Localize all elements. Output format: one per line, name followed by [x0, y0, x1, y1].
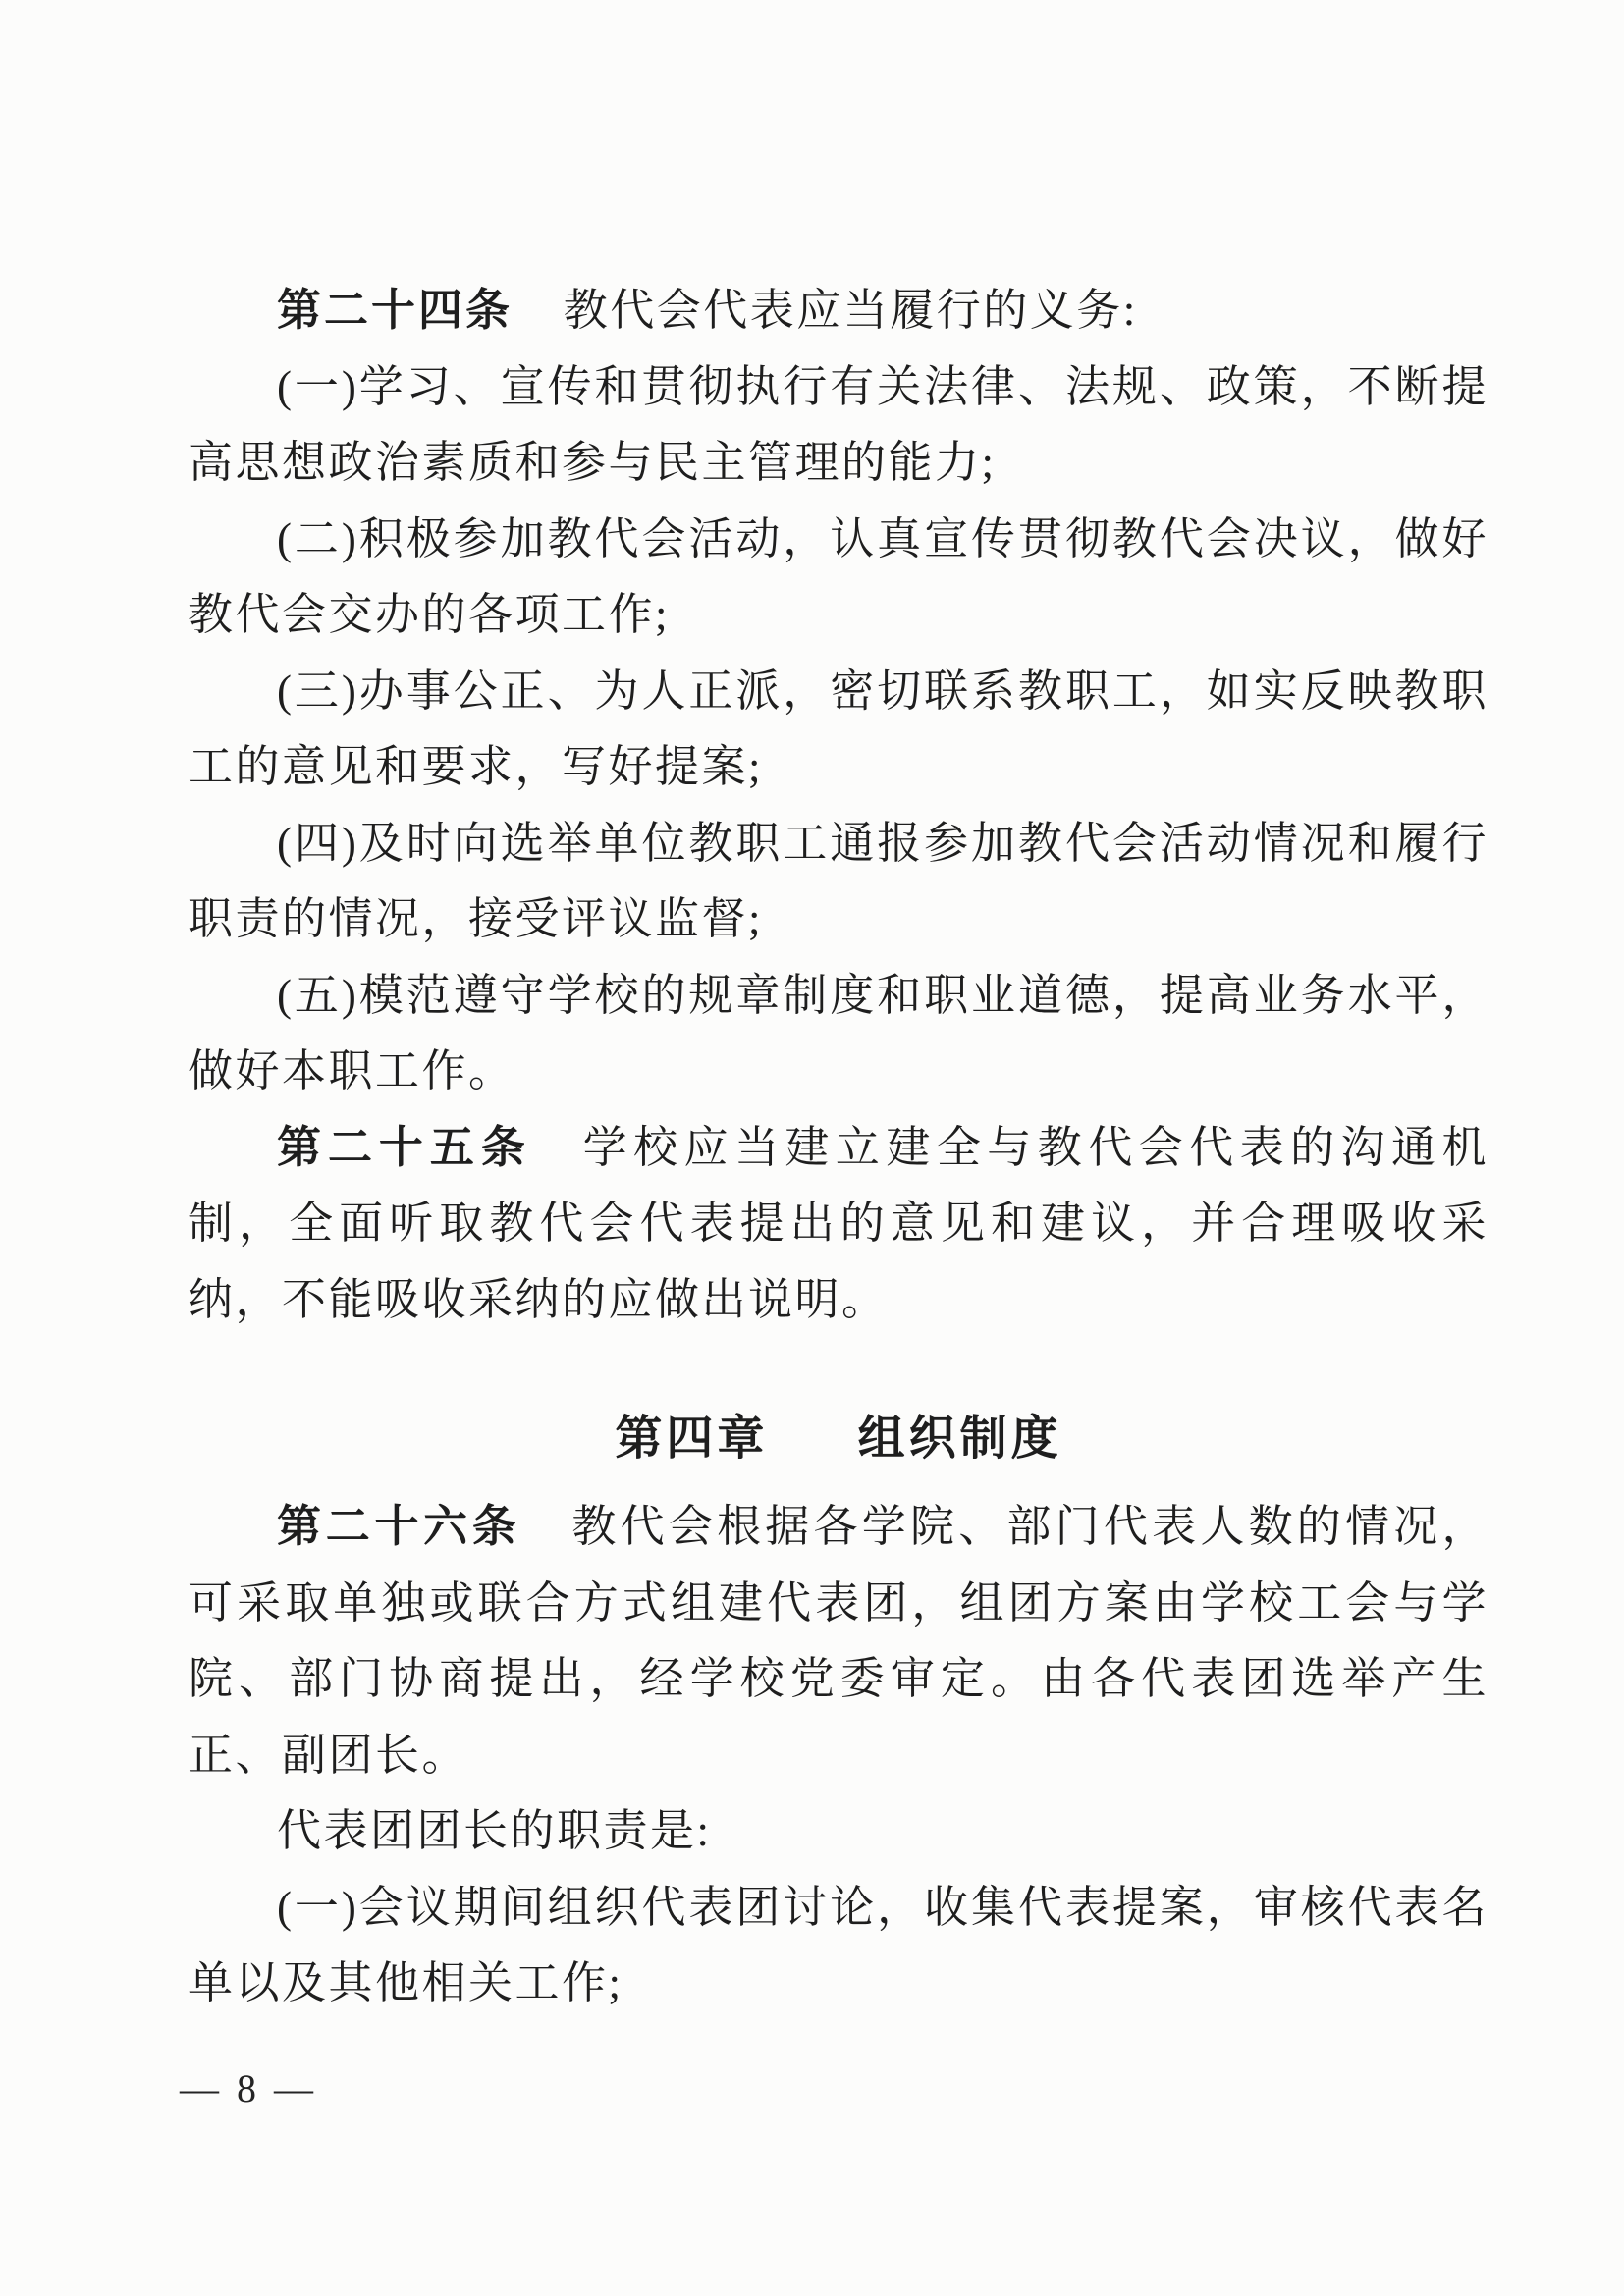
clause-paragraph: (五)模范遵守学校的规章制度和职业道德，提高业务水平，做好本职工作。	[189, 958, 1489, 1110]
clause-paragraph: 代表团团长的职责是:	[189, 1793, 1489, 1870]
clause-paragraph: (三)办事公正、为人正派，密切联系教职工，如实反映教职工的意见和要求，写好提案;	[189, 654, 1489, 806]
article-paragraph: 第二十四条教代会代表应当履行的义务:	[189, 273, 1489, 349]
article-paragraph: 第二十六条教代会根据各学院、部门代表人数的情况，可采取单独或联合方式组建代表团，…	[189, 1489, 1489, 1793]
article-number-label: 第二十五条	[277, 1123, 532, 1172]
document-page: 第二十四条教代会代表应当履行的义务:(一)学习、宣传和贯彻执行有关法律、法规、政…	[0, 0, 1624, 2296]
chapter-number: 第四章	[615, 1413, 768, 1465]
chapter-title: 组织制度	[858, 1413, 1062, 1465]
page-number: — 8 —	[180, 2059, 317, 2118]
article-number-label: 第二十六条	[277, 1502, 521, 1551]
clause-paragraph: (二)积极参加教代会活动，认真宣传贯彻教代会决议，做好教代会交办的各项工作;	[189, 502, 1489, 654]
clause-paragraph: (四)及时向选举单位教职工通报参加教代会活动情况和履行职责的情况，接受评议监督;	[189, 806, 1489, 958]
article-text: 教代会代表应当履行的义务:	[564, 286, 1138, 335]
clause-paragraph: (一)会议期间组织代表团讨论，收集代表提案，审核代表名单以及其他相关工作;	[189, 1870, 1489, 2022]
clause-paragraph: (一)学习、宣传和贯彻执行有关法律、法规、政策，不断提高思想政治素质和参与民主管…	[189, 349, 1489, 502]
chapter-heading: 第四章组织制度	[189, 1401, 1489, 1477]
article-number-label: 第二十四条	[277, 286, 513, 335]
article-paragraph: 第二十五条学校应当建立建全与教代会代表的沟通机制，全面听取教代会代表提出的意见和…	[189, 1110, 1489, 1339]
document-body: 第二十四条教代会代表应当履行的义务:(一)学习、宣传和贯彻执行有关法律、法规、政…	[189, 273, 1489, 2022]
